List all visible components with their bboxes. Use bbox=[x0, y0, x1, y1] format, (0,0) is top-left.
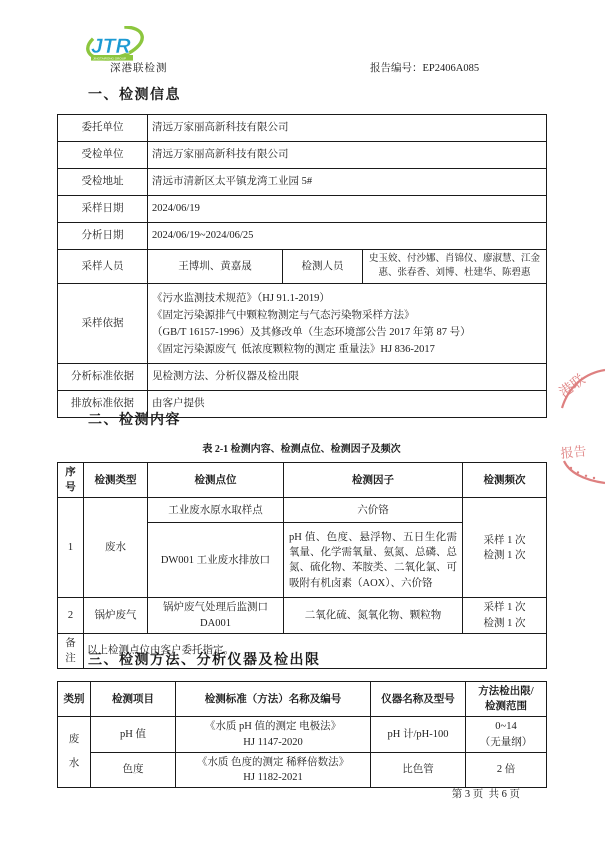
content-table: 序号 检测类型 检测点位 检测因子 检测频次 1 废水 工业废水原水取样点 六价… bbox=[57, 462, 547, 669]
row-value: 清远万家丽高新科技有限公司 bbox=[148, 142, 547, 169]
basis-line: 《固定污染源排气中颗粒物测定与气态污染物采样方法》 bbox=[152, 307, 542, 324]
row-no: 1 bbox=[58, 498, 84, 598]
sample-type: 废水 bbox=[84, 498, 148, 598]
report-number: 报告编号：EP2406A085 bbox=[370, 60, 479, 75]
basis-line: （GB/T 16157-1996）及其修改单（生态环境部公告 2017 年第 8… bbox=[152, 324, 542, 341]
personnel-row: 采样人员 王博圳、黄嘉晟 检测人员 史玉姣、付沙娜、肖锦仪、廖淑慧、江金惠、张春… bbox=[58, 250, 547, 284]
row-value: 2024/06/19~2024/06/25 bbox=[148, 223, 547, 250]
sample-point: 锅炉废气处理后监测口 DA001 bbox=[148, 598, 284, 633]
table2-caption: 表 2-1 检测内容、检测点位、检测因子及频次 bbox=[57, 440, 546, 455]
report-page: JTR JINGTAIRONG GROUP 深港联检测 报告编号：EP2406A… bbox=[0, 0, 605, 858]
test-item: pH 值 bbox=[91, 717, 176, 752]
row-label: 受检地址 bbox=[58, 169, 148, 196]
sampling-staff: 王博圳、黄嘉晟 bbox=[148, 250, 283, 284]
sample-point: DW001 工业废水排放口 bbox=[148, 523, 284, 598]
row-label: 采样依据 bbox=[58, 284, 148, 364]
col-header: 检测类型 bbox=[84, 463, 148, 498]
seal-mid-text: 报告 bbox=[560, 443, 587, 461]
col-header: 检测因子 bbox=[284, 463, 463, 498]
test-factors: 二氧化硫、氮氧化物、颗粒物 bbox=[284, 598, 463, 633]
sample-type: 锅炉废气 bbox=[84, 598, 148, 633]
seal-arc-text: 港联 bbox=[556, 372, 588, 401]
row-value: 清远市清新区太平镇龙湾工业园 5# bbox=[148, 169, 547, 196]
note-label: 备注 bbox=[58, 633, 84, 668]
table-row: 委托单位 清远万家丽高新科技有限公司 bbox=[58, 115, 547, 142]
table-row: 采样日期 2024/06/19 bbox=[58, 196, 547, 223]
col-header: 检测标准（方法）名称及编号 bbox=[176, 682, 371, 717]
row-label: 采样日期 bbox=[58, 196, 148, 223]
test-factors: 六价铬 bbox=[284, 498, 463, 523]
detection-limit: 2 倍 bbox=[466, 752, 547, 787]
page-number: 第 3 页 共 6 页 bbox=[57, 786, 520, 801]
col-header: 方法检出限/ 检测范围 bbox=[466, 682, 547, 717]
row-label: 受检单位 bbox=[58, 142, 148, 169]
method-table: 类别 检测项目 检测标准（方法）名称及编号 仪器名称及型号 方法检出限/ 检测范… bbox=[57, 681, 547, 788]
table-row: 分析日期 2024/06/19~2024/06/25 bbox=[58, 223, 547, 250]
detection-limit: 0~14 （无量纲） bbox=[466, 717, 547, 752]
test-item: 色度 bbox=[91, 752, 176, 787]
table-header-row: 类别 检测项目 检测标准（方法）名称及编号 仪器名称及型号 方法检出限/ 检测范… bbox=[58, 682, 547, 717]
col-header: 检测点位 bbox=[148, 463, 284, 498]
table-row: 废水 pH 值 《水质 pH 值的测定 电极法》 HJ 1147-2020 pH… bbox=[58, 717, 547, 752]
category-cell: 废水 bbox=[58, 717, 91, 788]
row-label: 分析标准依据 bbox=[58, 364, 148, 391]
row-label: 分析日期 bbox=[58, 223, 148, 250]
section1-title: 一、检测信息 bbox=[88, 84, 181, 104]
row-label: 检测人员 bbox=[283, 250, 363, 284]
table-row: 色度 《水质 色度的测定 稀释倍数法》 HJ 1182-2021 比色管 2 倍 bbox=[58, 752, 547, 787]
sampling-basis-value: 《污水监测技术规范》（HJ 91.1-2019） 《固定污染源排气中颗粒物测定与… bbox=[148, 284, 547, 364]
section2-title: 二、检测内容 bbox=[88, 409, 181, 429]
table-header-row: 序号 检测类型 检测点位 检测因子 检测频次 bbox=[58, 463, 547, 498]
row-no: 2 bbox=[58, 598, 84, 633]
logo-letters: JTR bbox=[91, 35, 132, 58]
table-row: 1 废水 工业废水原水取样点 六价铬 采样 1 次 检测 1 次 bbox=[58, 498, 547, 523]
brand-name: 深港联检测 bbox=[110, 60, 168, 75]
category-text: 废水 bbox=[68, 728, 79, 776]
row-label: 委托单位 bbox=[58, 115, 148, 142]
row-label: 采样人员 bbox=[58, 250, 148, 284]
test-factors: pH 值、色度、悬浮物、五日生化需氧量、化学需氧量、氨氮、总磷、总氮、硫化物、苯… bbox=[284, 523, 463, 598]
basis-line: 《固定污染源废气 低浓度颗粒物的测定 重量法》HJ 836-2017 bbox=[152, 341, 542, 358]
sample-point: 工业废水原水取样点 bbox=[148, 498, 284, 523]
col-header: 检测项目 bbox=[91, 682, 176, 717]
frequency: 采样 1 次 检测 1 次 bbox=[463, 598, 547, 633]
sampling-basis-row: 采样依据 《污水监测技术规范》（HJ 91.1-2019） 《固定污染源排气中颗… bbox=[58, 284, 547, 364]
seal-arc-bottom bbox=[564, 461, 605, 483]
table-row: 分析标准依据 见检测方法、分析仪器及检出限 bbox=[58, 364, 547, 391]
instrument: pH 计/pH-100 bbox=[371, 717, 466, 752]
instrument: 比色管 bbox=[371, 752, 466, 787]
col-header: 检测频次 bbox=[463, 463, 547, 498]
frequency: 采样 1 次 检测 1 次 bbox=[463, 498, 547, 598]
test-standard: 《水质 pH 值的测定 电极法》 HJ 1147-2020 bbox=[176, 717, 371, 752]
testing-staff: 史玉姣、付沙娜、肖锦仪、廖淑慧、江金惠、张春香、刘博、杜建华、陈碧惠 bbox=[363, 250, 547, 284]
section3-title: 三、检测方法、分析仪器及检出限 bbox=[88, 649, 321, 669]
red-seal-fragment: 港联 报告 bbox=[556, 360, 605, 495]
info-table: 委托单位 清远万家丽高新科技有限公司 受检单位 清远万家丽高新科技有限公司 受检… bbox=[57, 114, 547, 418]
table-row: 受检单位 清远万家丽高新科技有限公司 bbox=[58, 142, 547, 169]
row-value: 2024/06/19 bbox=[148, 196, 547, 223]
test-standard: 《水质 色度的测定 稀释倍数法》 HJ 1182-2021 bbox=[176, 752, 371, 787]
table-row: 2 锅炉废气 锅炉废气处理后监测口 DA001 二氧化硫、氮氧化物、颗粒物 采样… bbox=[58, 598, 547, 633]
col-header: 序号 bbox=[58, 463, 84, 498]
row-value: 由客户提供 bbox=[148, 391, 547, 418]
row-value: 清远万家丽高新科技有限公司 bbox=[148, 115, 547, 142]
basis-line: 《污水监测技术规范》（HJ 91.1-2019） bbox=[152, 290, 542, 307]
row-value: 见检测方法、分析仪器及检出限 bbox=[148, 364, 547, 391]
table-row: 受检地址 清远市清新区太平镇龙湾工业园 5# bbox=[58, 169, 547, 196]
col-header: 类别 bbox=[58, 682, 91, 717]
col-header: 仪器名称及型号 bbox=[371, 682, 466, 717]
